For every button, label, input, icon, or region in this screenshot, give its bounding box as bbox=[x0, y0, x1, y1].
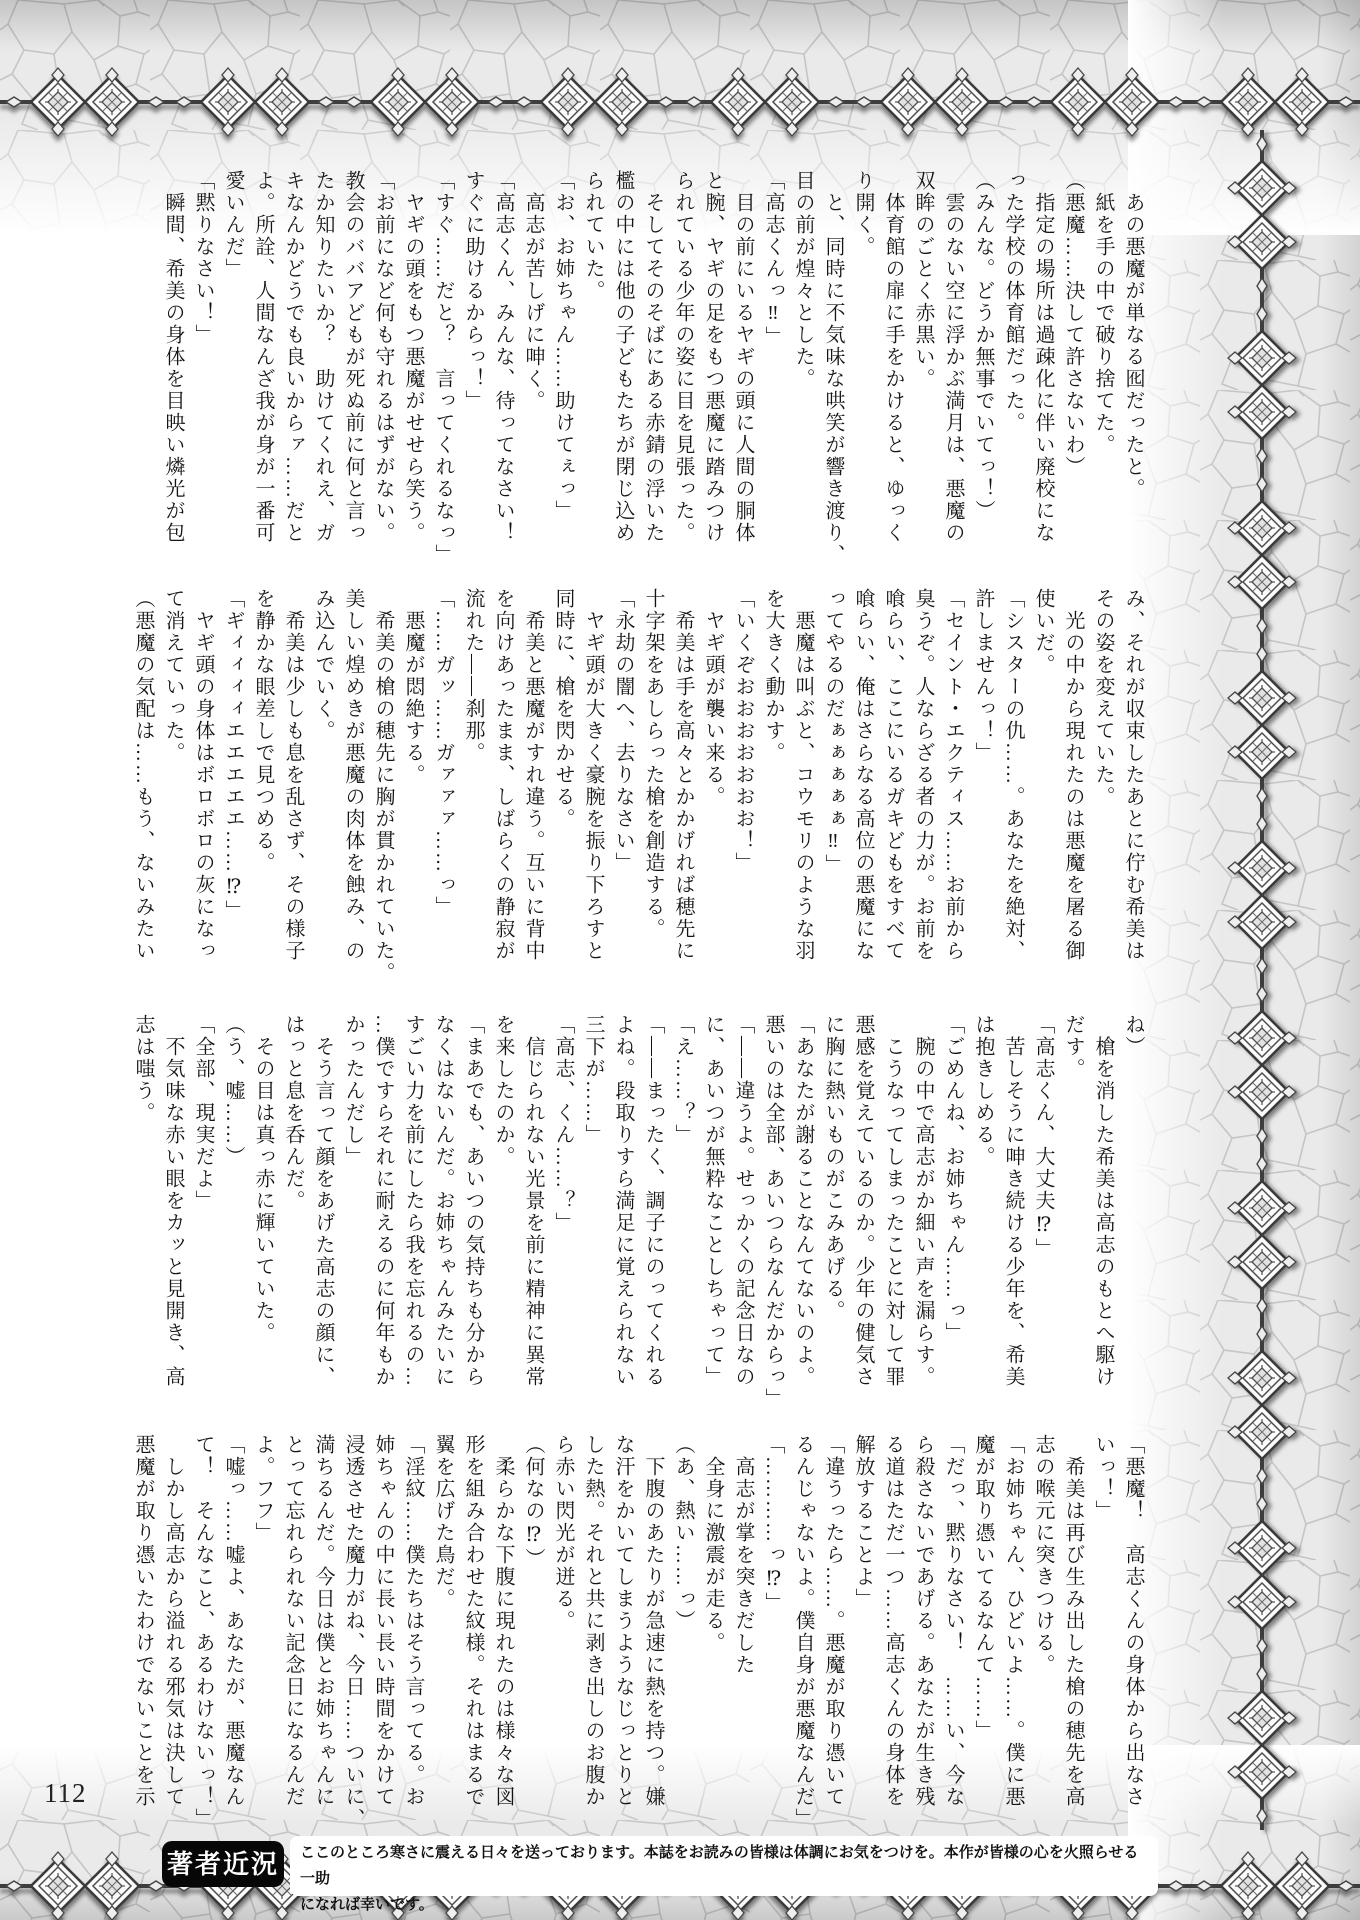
text-column: 「お姉ちゃん、ひどいよ……。僕に悪 bbox=[998, 1434, 1028, 1812]
text-column: に、あいつが無粋なことしちゃって」 bbox=[698, 1014, 728, 1392]
text-column: 希美と悪魔がすれ違う。互いに背中 bbox=[518, 588, 548, 966]
text-column: 高志が苦しげに呻く。 bbox=[518, 170, 548, 548]
text-column: 信じられない光景を前に精神に異常 bbox=[518, 1014, 548, 1392]
text-column: はっと息を呑んだ。 bbox=[278, 1014, 308, 1392]
text-column: 「——違うよ。せっかくの記念日なの bbox=[728, 1014, 758, 1392]
text-column: 「高志くんっ‼」 bbox=[758, 170, 788, 548]
text-column: 下腹のあたりが急速に熱を持つ。嫌 bbox=[638, 1434, 668, 1812]
text-column: 双眸のごとく赤黒い。 bbox=[908, 170, 938, 548]
text-column: 「シスターの仇……。あなたを絶対、 bbox=[998, 588, 1028, 966]
text-column: あの悪魔が単なる囮だったと。 bbox=[1118, 170, 1148, 548]
text-column: 「違うったら……。悪魔が取り憑いて bbox=[818, 1434, 848, 1812]
text-column: 全身に激震が走る。 bbox=[698, 1434, 728, 1812]
text-column: そう言って顔をあげた高志の顔に、 bbox=[308, 1014, 338, 1392]
text-column: 美しい煌めきが悪魔の肉体を蝕み、の bbox=[338, 588, 368, 966]
text-column: 喰らい、ここにいるガキどもをすべて bbox=[878, 588, 908, 966]
text-column: 悪いのは全部、あいつらなんだからっ」 bbox=[758, 1014, 788, 1392]
text-column: 「え……？」 bbox=[668, 1014, 698, 1392]
text-column: 「あなたが謝ることなんてないのよ。 bbox=[788, 1014, 818, 1392]
text-column: しかし高志から溢れる邪気は決して bbox=[158, 1434, 188, 1812]
text-column: その姿を変えていた。 bbox=[1088, 588, 1118, 966]
text-column: 「セイント・エクティス……お前から bbox=[938, 588, 968, 966]
text-column: に胸に熱いものがこみあげる。 bbox=[818, 1014, 848, 1392]
text-column: を向けあったまま、しばらくの静寂が bbox=[488, 588, 518, 966]
text-column: 悪魔が取り憑いたわけでないことを示 bbox=[128, 1434, 158, 1812]
text-column: 紙を手の中で破り捨てた。 bbox=[1088, 170, 1118, 548]
text-column: ら殺さないであげる。あなたが生き残 bbox=[908, 1434, 938, 1812]
text-column: キなんかどうでも良いからァ……だと bbox=[278, 170, 308, 548]
text-column: そしてそのそばにある赤錆の浮いた bbox=[638, 170, 668, 548]
text-column: 「高志、くん……？」 bbox=[548, 1014, 578, 1392]
text-column: 「だっ、黙りなさい！ ……い、今な bbox=[938, 1434, 968, 1812]
text-column: 三下が……」 bbox=[578, 1014, 608, 1392]
text-column: （あ、熱い……っ） bbox=[668, 1434, 698, 1812]
text-column: 解放することよ」 bbox=[848, 1434, 878, 1812]
text-column: よね。段取りすら満足に覚えられない bbox=[608, 1014, 638, 1392]
text-column: った学校の体育館だった。 bbox=[998, 170, 1028, 548]
text-column: 「ごめんね、お姉ちゃん……っ」 bbox=[938, 1014, 968, 1392]
text-column: 「淫紋……僕たちはそう言ってる。お bbox=[398, 1434, 428, 1812]
text-column: 「……ガッ……ガァァァ……っ」 bbox=[428, 588, 458, 966]
text-column: 「すぐ……だと？ 言ってくれるなっ」 bbox=[428, 170, 458, 548]
text-column: な汗をかいてしまうようなじっとりと bbox=[608, 1434, 638, 1812]
text-column: るんじゃないよ。僕自身が悪魔なんだ」 bbox=[788, 1434, 818, 1812]
text-column: 「永劫の闇へ、去りなさい」 bbox=[608, 588, 638, 966]
text-column: 「お前になど何も守れるはずがない。 bbox=[368, 170, 398, 548]
footer-note-line2: になれば幸いです。 bbox=[300, 1892, 1148, 1918]
text-column: （う、嘘……） bbox=[218, 1014, 248, 1392]
text-band-4: 「悪魔！ 高志くんの身体から出なさいっ！」 希美は再び生み出した槍の穂先を高志の… bbox=[122, 1434, 1148, 1812]
text-column: 希美は少しも息を乱さず、その様子 bbox=[278, 588, 308, 966]
text-column: とって忘れられない記念日になるんだ bbox=[278, 1434, 308, 1812]
text-column: 体育館の扉に手をかけると、ゆっく bbox=[878, 170, 908, 548]
text-column: なくはないんだ。お姉ちゃんみたいに bbox=[428, 1014, 458, 1392]
text-column: 腕の中で高志がか細い声を漏らす。 bbox=[908, 1014, 938, 1392]
text-column: （何なの⁉） bbox=[518, 1434, 548, 1812]
text-column: 許しませんっ！」 bbox=[968, 588, 998, 966]
text-column: たか知りたいか？ 助けてくれえ、ガ bbox=[308, 170, 338, 548]
text-column: は抱きしめる。 bbox=[968, 1014, 998, 1392]
text-column: した熱。それと共に剥き出しのお腹か bbox=[578, 1434, 608, 1812]
text-column: 希美は手を高々とかかげれば穂先に bbox=[668, 588, 698, 966]
novel-page: あの悪魔が単なる囮だったと。 紙を手の中で破り捨てた。（悪魔……決して許さないわ… bbox=[0, 0, 1360, 1920]
text-column: （悪魔の気配は……もう、ないみたい bbox=[128, 588, 158, 966]
text-column: だす。 bbox=[1058, 1014, 1088, 1392]
text-column: 目の前にいるヤギの頭に人間の胴体 bbox=[728, 170, 758, 548]
text-column: 瞬間、希美の身体を目映い燐光が包 bbox=[158, 170, 188, 548]
footer-note-panel: ここのところ寒さに震える日々を送っております。本誌をお読みの皆様は体調にお気をつ… bbox=[290, 1836, 1158, 1896]
text-column: 喰らい、俺はさらなる高位の悪魔にな bbox=[848, 588, 878, 966]
text-column: 希美の槍の穂先に胸が貫かれていた。 bbox=[368, 588, 398, 966]
text-column: （みんな。どうか無事でいてっ！） bbox=[968, 170, 998, 548]
text-column: 「高志くん、大丈夫⁉」 bbox=[1028, 1014, 1058, 1392]
text-column: すぐに助けるからっ！」 bbox=[458, 170, 488, 548]
text-column: 槍を消した希美は高志のもとへ駆け bbox=[1088, 1014, 1118, 1392]
text-column: 「まあでも、あいつの気持ちも分から bbox=[458, 1014, 488, 1392]
text-column: いっ！」 bbox=[1088, 1434, 1118, 1812]
text-column: …僕ですらそれに耐えるのに何年もか bbox=[368, 1014, 398, 1392]
text-band-2: み、それが収束したあとに佇む希美はその姿を変えていた。 光の中から現れたのは悪魔… bbox=[122, 588, 1148, 966]
text-column: 姉ちゃんの中に長い長い時間をかけて bbox=[368, 1434, 398, 1812]
text-column: ら赤い閃光が迸る。 bbox=[548, 1434, 578, 1812]
page-number: 112 bbox=[44, 1778, 87, 1809]
text-column: られていた。 bbox=[578, 170, 608, 548]
text-column: 使いだ。 bbox=[1028, 588, 1058, 966]
text-column: 「全部、現実だよ」 bbox=[188, 1014, 218, 1392]
text-column: 「悪魔！ 高志くんの身体から出なさ bbox=[1118, 1434, 1148, 1812]
text-column: 雲のない空に浮かぶ満月は、悪魔の bbox=[938, 170, 968, 548]
text-column: 同時に、槍を閃かせる。 bbox=[548, 588, 578, 966]
text-column: 悪魔が悶絶する。 bbox=[398, 588, 428, 966]
text-column: 「お、お姉ちゃん……助けてぇっ」 bbox=[548, 170, 578, 548]
text-column: 苦しそうに呻き続ける少年を、希美 bbox=[998, 1014, 1028, 1392]
text-column: 目の前が煌々とした。 bbox=[788, 170, 818, 548]
text-column: 悪感を覚えているのか。少年の健気さ bbox=[848, 1014, 878, 1392]
footer-note-line1: ここのところ寒さに震える日々を送っております。本誌をお読みの皆様は体調にお気をつ… bbox=[300, 1840, 1148, 1892]
text-column: ヤギ頭が大きく豪腕を振り下ろすと bbox=[578, 588, 608, 966]
text-column: て！ そんなこと、あるわけないっ！」 bbox=[188, 1434, 218, 1812]
text-column: 悪魔は叫ぶと、コウモリのような羽 bbox=[788, 588, 818, 966]
text-column: こうなってしまったことに対して罪 bbox=[878, 1014, 908, 1392]
text-column: 教会のババアどもが死ぬ前に何と言っ bbox=[338, 170, 368, 548]
text-column: 高志が掌を突きだした bbox=[728, 1434, 758, 1812]
text-column: 檻の中には他の子どもたちが閉じ込め bbox=[608, 170, 638, 548]
text-column: 形を組み合わせた紋様。それはまるで bbox=[458, 1434, 488, 1812]
text-column: を大きく動かす。 bbox=[758, 588, 788, 966]
text-column: 満ちるんだ。今日は僕とお姉ちゃんに bbox=[308, 1434, 338, 1812]
text-column: かったんだし」 bbox=[338, 1014, 368, 1392]
text-column: 「黙りなさい！」 bbox=[188, 170, 218, 548]
text-column: 光の中から現れたのは悪魔を屠る御 bbox=[1058, 588, 1088, 966]
text-column: 不気味な赤い眼をカッと見開き、高 bbox=[158, 1014, 188, 1392]
text-column: られている少年の姿に目を見張った。 bbox=[668, 170, 698, 548]
text-column: ってやるのだぁぁぁぁぁ‼」 bbox=[818, 588, 848, 966]
text-column: 「いくぞおおおおおおお！」 bbox=[728, 588, 758, 966]
text-column: 愛いんだ」 bbox=[218, 170, 248, 548]
text-column: を来したのか。 bbox=[488, 1014, 518, 1392]
text-column: 臭うぞ。人ならざる者の力が。お前を bbox=[908, 588, 938, 966]
text-column: 指定の場所は過疎化に伴い廃校にな bbox=[1028, 170, 1058, 548]
text-column: 流れた——刹那。 bbox=[458, 588, 488, 966]
text-column: る道はただ一つ……高志くんの身体を bbox=[878, 1434, 908, 1812]
text-column: 十字架をあしらった槍を創造する。 bbox=[638, 588, 668, 966]
text-column: 「…………っ⁉」 bbox=[758, 1434, 788, 1812]
text-column: 「嘘っ……嘘よ、あなたが、悪魔なん bbox=[218, 1434, 248, 1812]
text-column: 希美は再び生み出した槍の穂先を高 bbox=[1058, 1434, 1088, 1812]
text-column: （悪魔……決して許さないわ） bbox=[1058, 170, 1088, 548]
text-column: 「高志くん、みんな、待ってなさい！ bbox=[488, 170, 518, 548]
text-column: 志の喉元に突きつける。 bbox=[1028, 1434, 1058, 1812]
text-column: ヤギ頭が襲い来る。 bbox=[698, 588, 728, 966]
text-column: り開く。 bbox=[848, 170, 878, 548]
text-column: み込んでいく。 bbox=[308, 588, 338, 966]
text-column: すごい力を前にしたら我を忘れるの… bbox=[398, 1014, 428, 1392]
text-column: み、それが収束したあとに佇む希美は bbox=[1118, 588, 1148, 966]
text-column: よ。所詮、人間なんざ我が身が一番可 bbox=[248, 170, 278, 548]
text-column: その目は真っ赤に輝いていた。 bbox=[248, 1014, 278, 1392]
text-band-3: ね） 槍を消した希美は高志のもとへ駆けだす。「高志くん、大丈夫⁉」 苦しそうに呻… bbox=[122, 1014, 1148, 1392]
text-column: ヤギ頭の身体はボロボロの灰になっ bbox=[188, 588, 218, 966]
text-column: 翼を広げた鳥だ。 bbox=[428, 1434, 458, 1812]
author-status-label: 著者近況 bbox=[162, 1841, 284, 1887]
text-column: 柔らかな下腹に現れたのは様々な図 bbox=[488, 1434, 518, 1812]
text-column: と、同時に不気味な哄笑が響き渡り、 bbox=[818, 170, 848, 548]
text-column: と腕、ヤギの足をもつ悪魔に踏みつけ bbox=[698, 170, 728, 548]
text-column: 「ギィィィィエエエエエ……⁉」 bbox=[218, 588, 248, 966]
text-column: よ。フフ」 bbox=[248, 1434, 278, 1812]
text-column: 「——まったく、調子にのってくれる bbox=[638, 1014, 668, 1392]
text-column: 志は嗤う。 bbox=[128, 1014, 158, 1392]
text-column: ね） bbox=[1118, 1014, 1148, 1392]
text-column: ヤギの頭をもつ悪魔がせせら笑う。 bbox=[398, 170, 428, 548]
text-column: を静かな眼差しで見つめる。 bbox=[248, 588, 278, 966]
text-column: 魔が取り憑いてるなんて……」 bbox=[968, 1434, 998, 1812]
text-column: 浸透させた魔力がね、今日……ついに、 bbox=[338, 1434, 368, 1812]
text-column: て消えていった。 bbox=[158, 588, 188, 966]
text-band-1: あの悪魔が単なる囮だったと。 紙を手の中で破り捨てた。（悪魔……決して許さないわ… bbox=[122, 170, 1148, 548]
